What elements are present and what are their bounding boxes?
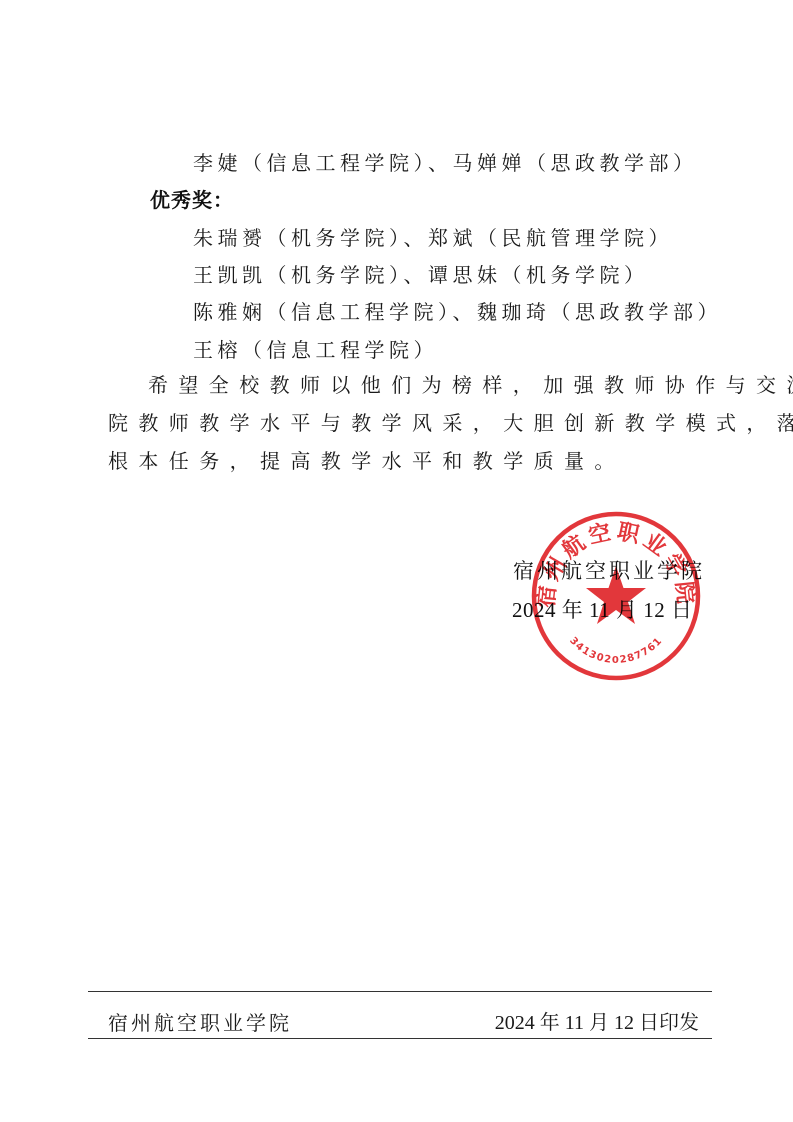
- closing-paragraph-line-2: 院教师教学水平与教学风采，大胆创新教学模式，落实立德树人: [108, 411, 708, 435]
- closing-paragraph-line-1: 希望全校教师以他们为榜样，加强教师协作与交流，展示学: [148, 373, 748, 397]
- star-icon: [586, 566, 646, 624]
- excellence-winner-line-1: 朱瑞赟（机务学院）、郑斌（民航管理学院）: [193, 226, 673, 250]
- footer-issuer: 宿州航空职业学院: [108, 1011, 292, 1035]
- award-line-previous-tier: 李婕（信息工程学院）、马婵婵（思政教学部）: [193, 151, 698, 175]
- seal-code: 3413020287761: [567, 635, 665, 666]
- footer-top-rule: [88, 991, 712, 992]
- official-seal-stamp: 宿州航空职业学院 3413020287761: [530, 510, 702, 682]
- closing-paragraph-line-3: 根本任务，提高教学水平和教学质量。: [108, 449, 708, 473]
- excellence-winner-line-4: 王榕（信息工程学院）: [193, 338, 438, 362]
- excellence-winner-line-3: 陈雅娴（信息工程学院）、魏珈琦（思政教学部）: [193, 300, 722, 324]
- footer-bottom-rule: [88, 1038, 712, 1039]
- excellence-award-label: 优秀奖：: [150, 188, 234, 212]
- footer-issued-date: 2024 年 11 月 12 日印发: [495, 1011, 699, 1035]
- excellence-winner-line-2: 王凯凯（机务学院）、谭思妹（机务学院）: [193, 263, 649, 287]
